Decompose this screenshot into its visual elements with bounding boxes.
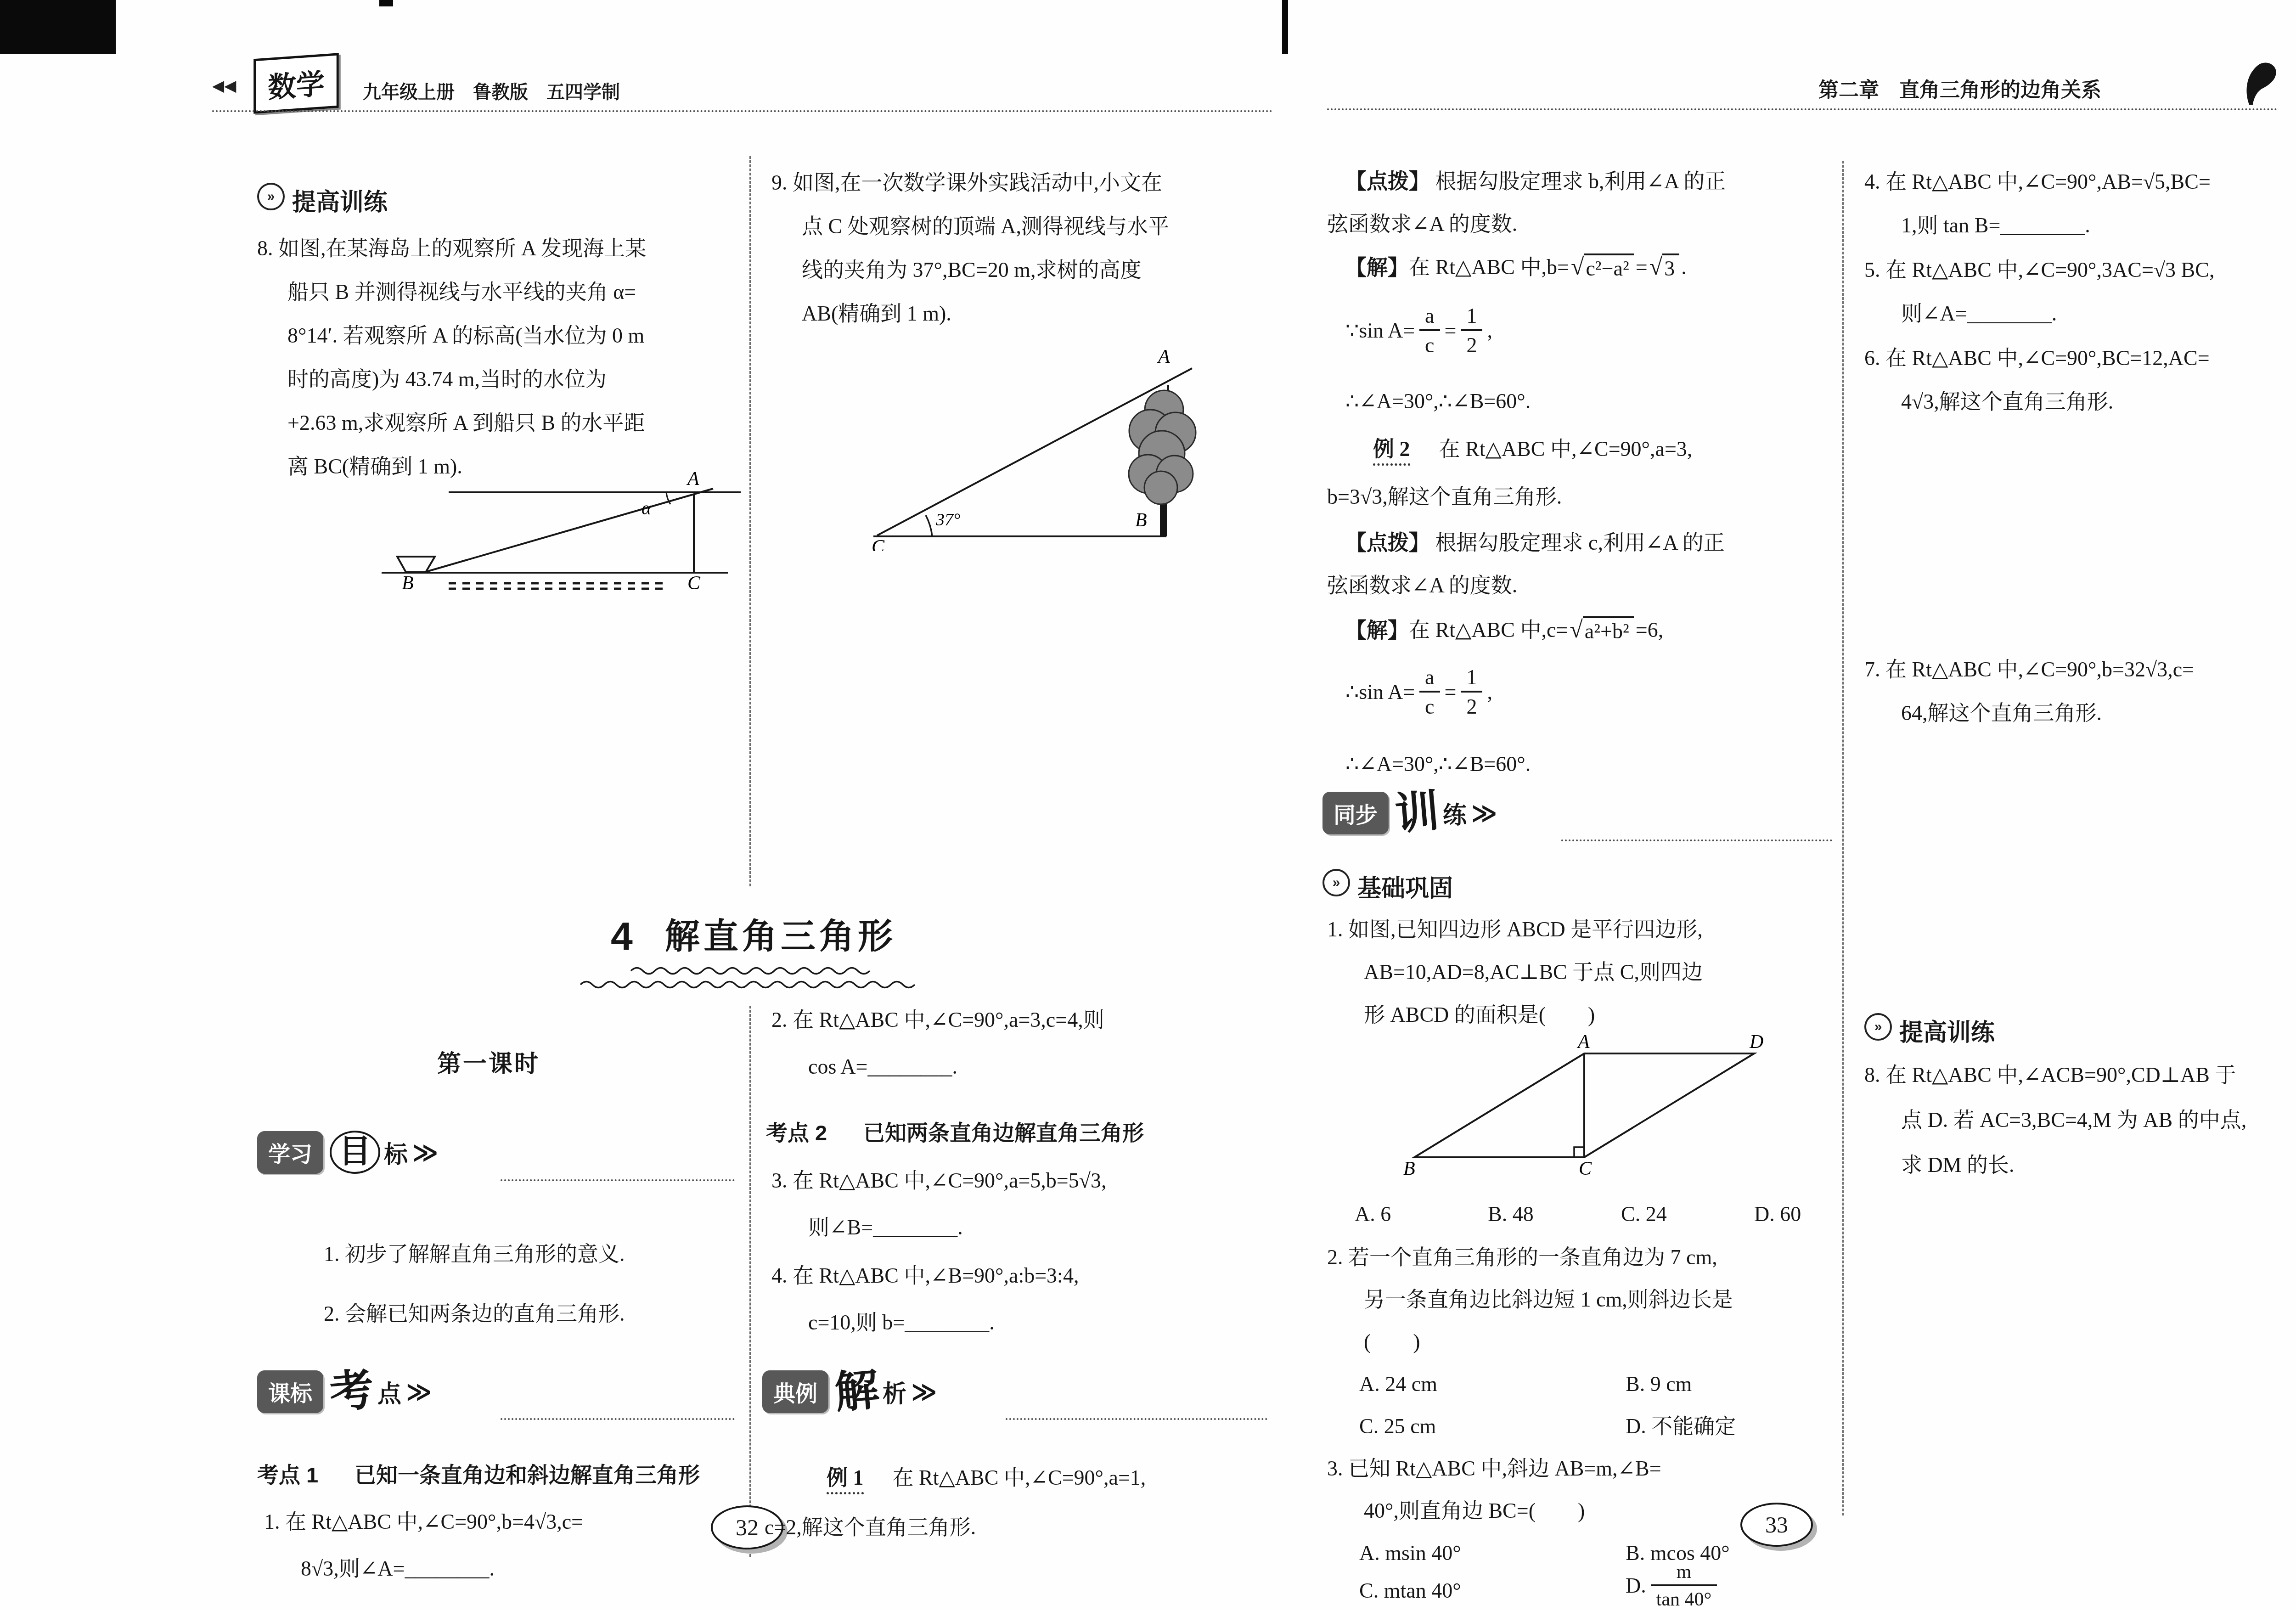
dianbo-text: 根据勾股定理求 c,利用∠A 的正 — [1435, 531, 1725, 554]
kaodian2-tag: 考点 2 — [766, 1121, 827, 1145]
q2-line: ( ) — [1364, 1330, 1420, 1354]
q1-label-B: B — [1403, 1158, 1415, 1177]
q3-line: 40°,则直角边 BC=( ) — [1364, 1499, 1585, 1523]
fraction-numerator: a — [1419, 667, 1440, 691]
q6-line: 4√3,解这个直角三角形. — [1901, 390, 2113, 414]
fraction-denominator: 2 — [1461, 691, 1482, 717]
q4-line: c=10,则 b=________. — [808, 1311, 995, 1335]
q1-line: 形 ABCD 的面积是( ) — [1364, 1003, 1595, 1027]
radical-sign: √ — [1570, 618, 1583, 642]
q1-line: 8√3,则∠A=________. — [301, 1557, 495, 1581]
xuexi-mubiao-label: 学习 目 标 ≫ — [257, 1131, 436, 1174]
q1-diagram: A D B C — [1396, 1034, 1773, 1177]
sol2-pre: 在 Rt△ABC 中,c= — [1409, 618, 1568, 642]
fraction-denominator: 2 — [1461, 329, 1482, 356]
label-box: 学习 — [257, 1131, 323, 1174]
p8-line: 船只 B 并测得视线与水平线的夹角 α= — [287, 280, 636, 304]
label-script: 解 — [833, 1368, 881, 1415]
dianbo-text: 根据勾股定理求 b,利用∠A 的正 — [1435, 169, 1726, 193]
radicand: 3 — [1662, 253, 1679, 281]
kaodian1-text: 已知一条直角边和斜边解直角三角形 — [355, 1463, 700, 1487]
spine-mark — [1282, 0, 1288, 54]
sol-tag: 【解】 — [1345, 255, 1409, 280]
q5-line: 5. 在 Rt△ABC 中,∠C=90°,3AC=√3 BC, — [1864, 258, 2214, 282]
ex1-line2: c=2,解这个直角三角形. — [765, 1515, 976, 1540]
q2-line: 另一条直角边比斜边短 1 cm,则斜边长是 — [1364, 1288, 1733, 1312]
double-arrow-icon: ≫ — [1471, 799, 1495, 828]
dianbo1-line2: 弦函数求∠A 的度数. — [1327, 212, 1517, 237]
q1-line: AB=10,AD=8,AC⊥BC 于点 C,则四边 — [1364, 960, 1703, 985]
q4-line: 1,则 tan B=________. — [1901, 214, 2090, 238]
scan-tick-mark — [379, 0, 393, 6]
p8-line: 时的高度)为 43.74 m,当时的水位为 — [287, 367, 607, 392]
label-rule — [1006, 1418, 1267, 1420]
q2-line: 2. 若一个直角三角形的一条直角边为 7 cm, — [1327, 1245, 1717, 1270]
q1-label-D: D — [1749, 1034, 1763, 1053]
p9-label-angle: 37° — [935, 510, 960, 529]
sol1-formula: 【解】 在 Rt△ABC 中,b= √c²−a² = √3 . — [1345, 253, 1687, 281]
p9-diagram: A 37° B C — [863, 349, 1240, 551]
q3-option-d: D. m tan 40° — [1626, 1562, 1722, 1609]
ex2-line2: b=3√3,解这个直角三角形. — [1327, 485, 1562, 509]
dianbo2-line1: 【点拨】 根据勾股定理求 c,利用∠A 的正 — [1345, 530, 1725, 555]
q1-line: 1. 在 Rt△ABC 中,∠C=90°,b=4√3,c= — [264, 1510, 583, 1534]
q3-option: A. msin 40° — [1359, 1541, 1461, 1566]
dianbo-tag: 【点拨】 — [1345, 530, 1430, 554]
scan-corner-mark — [0, 0, 116, 54]
q5-line: 则∠A=________. — [1901, 302, 2057, 326]
radicand: a²+b² — [1583, 616, 1634, 644]
column-separator — [1842, 161, 1844, 1515]
q2-option: A. 24 cm — [1359, 1372, 1437, 1397]
p9-label-A: A — [1157, 349, 1170, 367]
wavy-underline — [580, 977, 929, 989]
sin2-formula: ∴sin A= ac = 12 , — [1345, 667, 1492, 717]
sol2-formula: 【解】 在 Rt△ABC 中,c= √a²+b² =6, — [1345, 616, 1663, 644]
q7-line: 64,解这个直角三角形. — [1901, 701, 2102, 726]
p9-label-C: C — [872, 536, 885, 551]
chapter-end-icon — [2235, 60, 2279, 107]
page-number-text: 33 — [1765, 1511, 1788, 1538]
workbook-spread: ◀◀ 数学 九年级上册 鲁教版 五四学制 第二章 直角三角形的边角关系 » 提高… — [0, 0, 2296, 1611]
fraction-numerator: 1 — [1461, 305, 1482, 329]
q4-line: 4. 在 Rt△ABC 中,∠B=90°,a:b=3:4, — [771, 1264, 1079, 1288]
ex2-text: 在 Rt△ABC 中,∠C=90°,a=3, — [1439, 437, 1693, 461]
fraction-denominator: c — [1419, 691, 1440, 717]
tongbu-xunlian-label: 同步 训 练 ≫ — [1322, 791, 1495, 835]
p9-label-B: B — [1135, 510, 1147, 531]
tigao-heading: 提高训练 — [292, 183, 388, 217]
p8-line: +2.63 m,求观察所 A 到船只 B 的水平距 — [287, 411, 645, 435]
label-rule — [1561, 839, 1832, 841]
p8-diagram: A α B C — [370, 468, 765, 590]
sol1-post: . — [1681, 255, 1687, 280]
q3-option: C. mtan 40° — [1359, 1579, 1461, 1603]
q3-line: 3. 在 Rt△ABC 中,∠C=90°,a=5,b=5√3, — [771, 1169, 1107, 1193]
lesson-title: 第一课时 — [437, 1051, 540, 1078]
q1-option: C. 24 — [1621, 1202, 1667, 1227]
q1-option: A. 6 — [1355, 1202, 1391, 1227]
section-bullet-icon: » — [1322, 869, 1350, 896]
sin1-pre: ∵sin A= — [1345, 319, 1415, 343]
book-logo-label: 数学 — [268, 68, 325, 104]
p9-line: 点 C 处观察树的顶端 A,测得视线与水平 — [802, 214, 1169, 239]
p8-label-B: B — [402, 573, 414, 590]
p9-line: 线的夹角为 37°,BC=20 m,求树的高度 — [802, 258, 1141, 282]
label-rest: 点 — [377, 1374, 401, 1409]
wavy-underline — [630, 963, 880, 975]
label-script: 目 — [330, 1131, 380, 1174]
bullet-glyph: » — [1333, 875, 1340, 890]
ex1-line1: 例 1 在 Rt△ABC 中,∠C=90°,a=1, — [827, 1466, 1146, 1490]
q8-line: 点 D. 若 AC=3,BC=4,M 为 AB 的中点, — [1901, 1108, 2246, 1132]
ex2-line1: 例 2 在 Rt△ABC 中,∠C=90°,a=3, — [1373, 437, 1692, 462]
q1-option: B. 48 — [1488, 1202, 1534, 1227]
sin1-formula: ∵sin A= ac = 12 , — [1345, 305, 1492, 356]
label-rest: 析 — [883, 1374, 906, 1409]
section-bullet-icon: » — [257, 183, 285, 210]
fraction-numerator: m — [1671, 1562, 1697, 1584]
double-arrow-icon: ≫ — [911, 1377, 934, 1406]
conclusion2: ∴∠A=30°,∴∠B=60°. — [1345, 752, 1531, 777]
p8-line: 8. 如图,在某海岛上的观察所 A 发现海上某 — [257, 237, 646, 261]
q8-line: 求 DM 的长. — [1901, 1153, 2015, 1177]
q1-line: 1. 如图,已知四边形 ABCD 是平行四边形, — [1327, 918, 1703, 942]
q3-option-d-label: D. — [1626, 1574, 1646, 1598]
section-number: 4 — [611, 914, 633, 959]
p8-line: 8°14′. 若观察所 A 的标高(当水位为 0 m — [287, 324, 644, 348]
page-number-text: 32 — [736, 1514, 759, 1541]
ex1-tag: 例 1 — [827, 1466, 864, 1494]
fraction-numerator: 1 — [1461, 667, 1482, 691]
page-number-33: 33 — [1740, 1503, 1813, 1547]
fraction-denominator: c — [1419, 329, 1440, 356]
p8-label-alpha: α — [642, 498, 652, 518]
header-rule-left — [212, 110, 1273, 112]
label-box: 典例 — [762, 1370, 828, 1413]
q7-line: 7. 在 Rt△ABC 中,∠C=90°,b=32√3,c= — [1864, 658, 2194, 682]
q2-option: B. 9 cm — [1626, 1372, 1692, 1397]
kaodian1-tag: 考点 1 — [257, 1463, 318, 1487]
q3-line: 则∠B=________. — [808, 1216, 963, 1240]
book-logo: 数学 — [253, 53, 339, 113]
p8-label-C: C — [687, 573, 701, 590]
tigao-heading: 提高训练 — [1899, 1013, 1995, 1048]
label-rule — [501, 1179, 735, 1181]
label-box: 课标 — [257, 1370, 323, 1413]
label-rest: 练 — [1443, 796, 1467, 830]
q2-option: D. 不能确定 — [1626, 1414, 1736, 1439]
bullet-glyph: » — [267, 189, 275, 204]
label-rest: 标 — [384, 1135, 408, 1170]
q1-option: D. 60 — [1754, 1202, 1801, 1227]
sol2-post: =6, — [1636, 618, 1663, 642]
p9-line: AB(精确到 1 m). — [802, 302, 951, 326]
radicand: c²−a² — [1584, 253, 1633, 281]
q6-line: 6. 在 Rt△ABC 中,∠C=90°,BC=12,AC= — [1864, 346, 2210, 371]
sin1-post: , — [1487, 319, 1492, 343]
p8-label-A: A — [686, 468, 699, 490]
q8-line: 8. 在 Rt△ABC 中,∠ACB=90°,CD⊥AB 于 — [1864, 1063, 2236, 1087]
sol1-pre: 在 Rt△ABC 中,b= — [1409, 255, 1569, 280]
dianbo-tag: 【点拨】 — [1345, 169, 1430, 193]
header-arrows-icon: ◀◀ — [212, 77, 236, 95]
ex2-tag: 例 2 — [1373, 437, 1410, 466]
label-script: 训 — [1393, 789, 1441, 837]
objective-line: 2. 会解已知两条边的直角三角形. — [324, 1302, 625, 1326]
double-arrow-icon: ≫ — [412, 1138, 436, 1167]
label-box: 同步 — [1322, 792, 1389, 834]
q3-line: 3. 已知 Rt△ABC 中,斜边 AB=m,∠B= — [1327, 1457, 1661, 1481]
double-arrow-icon: ≫ — [406, 1377, 429, 1406]
dianbo2-line2: 弦函数求∠A 的度数. — [1327, 574, 1517, 598]
q1-label-C: C — [1579, 1158, 1592, 1177]
ex1-text: 在 Rt△ABC 中,∠C=90°,a=1, — [893, 1466, 1146, 1489]
p9-line: 9. 如图,在一次数学课外实践活动中,小文在 — [771, 171, 1162, 195]
radical-sign: √ — [1571, 255, 1584, 279]
q2-line: 2. 在 Rt△ABC 中,∠C=90°,a=3,c=4,则 — [771, 1008, 1104, 1032]
dianli-jiexi-label: 典例 解 析 ≫ — [762, 1369, 934, 1414]
sin2-post: , — [1487, 680, 1492, 704]
fraction-denominator: tan 40° — [1651, 1584, 1717, 1609]
header-chapter: 第二章 直角三角形的边角关系 — [1818, 79, 2101, 102]
bullet-glyph: » — [1874, 1019, 1882, 1035]
label-script: 考 — [328, 1368, 376, 1415]
kebiao-kaodian-label: 课标 考 点 ≫ — [257, 1369, 429, 1414]
sin1-eq: = — [1445, 319, 1457, 343]
label-rule — [501, 1418, 735, 1420]
sol1-mid: = — [1636, 255, 1648, 280]
section-title: 解直角三角形 — [665, 917, 896, 957]
q1-label-A: A — [1576, 1034, 1590, 1053]
section-bullet-icon: » — [1864, 1013, 1892, 1041]
q2-line: cos A=________. — [808, 1055, 957, 1079]
dianbo1-line1: 【点拨】 根据勾股定理求 b,利用∠A 的正 — [1345, 169, 1726, 194]
column-separator — [749, 1006, 751, 1557]
fraction-numerator: a — [1419, 305, 1440, 329]
sol-tag: 【解】 — [1345, 618, 1409, 642]
kaodian2-text: 已知两条直角边解直角三角形 — [863, 1121, 1144, 1145]
header-rule-right — [1327, 108, 2278, 110]
header-subtitle: 九年级上册 鲁教版 五四学制 — [363, 82, 620, 103]
objective-line: 1. 初步了解解直角三角形的意义. — [324, 1242, 625, 1267]
conclusion1: ∴∠A=30°,∴∠B=60°. — [1345, 389, 1531, 414]
radical-sign: √ — [1649, 255, 1663, 279]
tree-canopy — [1129, 390, 1196, 504]
sin2-pre: ∴sin A= — [1345, 680, 1415, 704]
jichu-heading: 基础巩固 — [1357, 869, 1453, 903]
q2-option: C. 25 cm — [1359, 1414, 1436, 1439]
sin2-eq: = — [1445, 680, 1457, 704]
q4-line: 4. 在 Rt△ABC 中,∠C=90°,AB=√5,BC= — [1864, 170, 2211, 194]
